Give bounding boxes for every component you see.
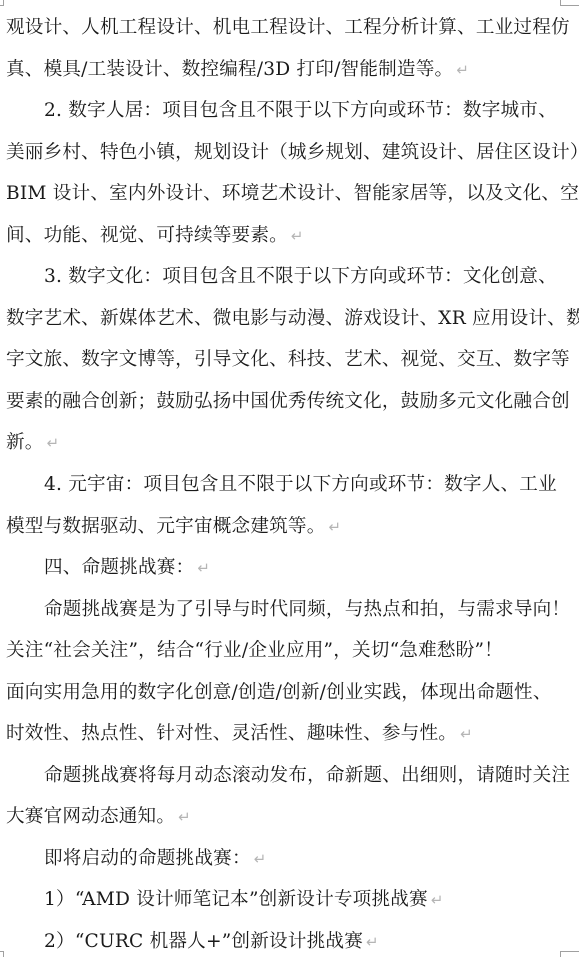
text-line[interactable]: 关注“社会关注”，结合“行业/企业应用”，关切“急难愁盼”！	[6, 636, 503, 666]
line-text: 面向实用急用的数字化创意/创造/创新/创业实践，体现出命题性、	[6, 682, 552, 703]
list-item[interactable]: 1）“AMD 设计师笔记本”创新设计专项挑战赛↵	[44, 885, 444, 915]
line-text: 间、功能、视觉、可持续等要素。	[6, 225, 288, 246]
line-text: 要素的融合创新；鼓励弘扬中国优秀传统文化，鼓励多元文化融合创	[6, 391, 570, 412]
page-corner-mark-bottom-right	[560, 951, 579, 957]
section-heading[interactable]: 四、命题挑战赛：↵	[44, 553, 210, 583]
line-text: BIM 设计、室内外设计、环境艺术设计、智能家居等，以及文化、空	[6, 183, 579, 204]
line-text: 四、命题挑战赛：	[44, 557, 194, 578]
line-text: 大赛官网动态通知。	[6, 806, 175, 827]
text-line[interactable]: 字文旅、数字文博等，引导文化、科技、艺术、视觉、交互、数字等	[6, 345, 570, 375]
paragraph-mark-icon: ↵	[456, 61, 469, 79]
text-line[interactable]: 4. 元宇宙：项目包含且不限于以下方向或环节：数字人、工业	[44, 470, 557, 500]
line-text: 观设计、人机工程设计、机电工程设计、工程分析计算、工业过程仿	[6, 17, 570, 38]
line-text: 命题挑战赛将每月动态滚动发布，命新题、出细则，请随时关注	[44, 765, 570, 786]
text-line[interactable]: 2. 数字人居：项目包含且不限于以下方向或环节：数字城市、	[44, 96, 557, 126]
paragraph-mark-icon: ↵	[460, 725, 473, 743]
text-line[interactable]: 模型与数据驱动、元宇宙概念建筑等。↵	[6, 512, 341, 542]
line-text: 字文旅、数字文博等，引导文化、科技、艺术、视觉、交互、数字等	[6, 349, 570, 370]
line-text: 4. 元宇宙：项目包含且不限于以下方向或环节：数字人、工业	[44, 474, 557, 495]
text-line[interactable]: BIM 设计、室内外设计、环境艺术设计、智能家居等，以及文化、空	[6, 179, 579, 209]
paragraph-mark-icon: ↵	[178, 808, 191, 826]
text-line[interactable]: 大赛官网动态通知。↵	[6, 802, 191, 832]
list-item[interactable]: 2）“CURC 机器人+”创新设计挑战赛↵	[44, 927, 379, 957]
text-line[interactable]: 数字艺术、新媒体艺术、微电影与动漫、游戏设计、XR 应用设计、数	[6, 304, 579, 334]
text-line[interactable]: 即将启动的命题挑战赛：↵	[44, 844, 267, 874]
page-corner-mark-top-right	[560, 0, 579, 6]
line-text: 美丽乡村、特色小镇，规划设计（城乡规划、建筑设计、居住区设计）、	[6, 142, 579, 163]
page-corner-mark-top-left	[0, 0, 4, 6]
text-line[interactable]: 时效性、热点性、针对性、灵活性、趣味性、参与性。↵	[6, 719, 473, 749]
line-text: 1）“AMD 设计师笔记本”创新设计专项挑战赛	[44, 889, 428, 910]
paragraph-mark-icon: ↵	[431, 891, 444, 909]
line-text: 命题挑战赛是为了引导与时代同频，与热点和拍，与需求导向！	[44, 599, 570, 620]
page-corner-mark-bottom-left	[0, 951, 4, 957]
line-text: 数字艺术、新媒体艺术、微电影与动漫、游戏设计、XR 应用设计、数	[6, 308, 579, 329]
line-text: 时效性、热点性、针对性、灵活性、趣味性、参与性。	[6, 723, 457, 744]
line-text: 2）“CURC 机器人+”创新设计挑战赛	[44, 931, 363, 952]
text-line[interactable]: 命题挑战赛将每月动态滚动发布，命新题、出细则，请随时关注	[44, 761, 570, 791]
paragraph-mark-icon: ↵	[197, 559, 210, 577]
text-line[interactable]: 真、模具/工装设计、数控编程/3D 打印/智能制造等。↵	[6, 55, 469, 85]
text-line[interactable]: 命题挑战赛是为了引导与时代同频，与热点和拍，与需求导向！	[44, 595, 570, 625]
paragraph-mark-icon: ↵	[254, 850, 267, 868]
text-line[interactable]: 美丽乡村、特色小镇，规划设计（城乡规划、建筑设计、居住区设计）、	[6, 138, 579, 168]
line-text: 真、模具/工装设计、数控编程/3D 打印/智能制造等。	[6, 59, 453, 80]
line-text: 新。	[6, 432, 44, 453]
text-line[interactable]: 面向实用急用的数字化创意/创造/创新/创业实践，体现出命题性、	[6, 678, 552, 708]
text-line[interactable]: 观设计、人机工程设计、机电工程设计、工程分析计算、工业过程仿	[6, 13, 570, 43]
line-text: 模型与数据驱动、元宇宙概念建筑等。	[6, 516, 326, 537]
paragraph-mark-icon: ↵	[47, 434, 60, 452]
line-text: 2. 数字人居：项目包含且不限于以下方向或环节：数字城市、	[44, 100, 557, 121]
document-page: 观设计、人机工程设计、机电工程设计、工程分析计算、工业过程仿 真、模具/工装设计…	[0, 0, 579, 957]
paragraph-mark-icon: ↵	[291, 227, 304, 245]
text-line[interactable]: 要素的融合创新；鼓励弘扬中国优秀传统文化，鼓励多元文化融合创	[6, 387, 570, 417]
text-line[interactable]: 新。↵	[6, 428, 59, 458]
line-text: 即将启动的命题挑战赛：	[44, 848, 251, 869]
text-line[interactable]: 3. 数字文化：项目包含且不限于以下方向或环节：文化创意、	[44, 262, 557, 292]
paragraph-mark-icon: ↵	[329, 518, 342, 536]
line-text: 关注“社会关注”，结合“行业/企业应用”，关切“急难愁盼”！	[6, 640, 503, 661]
text-line[interactable]: 间、功能、视觉、可持续等要素。↵	[6, 221, 304, 251]
paragraph-mark-icon: ↵	[366, 933, 379, 951]
line-text: 3. 数字文化：项目包含且不限于以下方向或环节：文化创意、	[44, 266, 557, 287]
